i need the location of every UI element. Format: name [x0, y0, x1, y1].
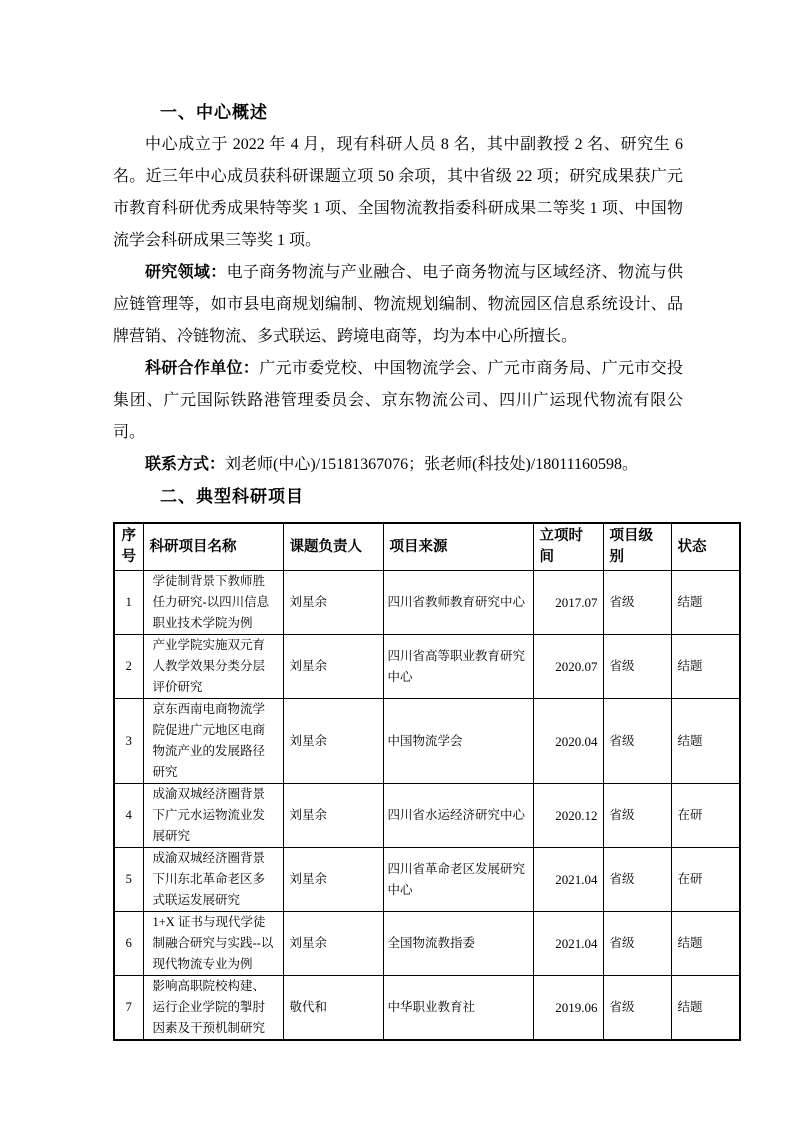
partners-label: 科研合作单位： — [145, 360, 259, 377]
table-row: 1 学徒制背景下教师胜任力研究-以四川信息职业技术学院为例 刘星余 四川省教师教… — [114, 571, 740, 635]
cell-level: 省级 — [603, 635, 671, 699]
header-project-name: 科研项目名称 — [143, 523, 283, 571]
research-fields-paragraph: 研究领域：电子商务物流与产业融合、电子商务物流与区域经济、物流与供应链管理等，如… — [113, 257, 683, 353]
cell-seq: 6 — [114, 912, 143, 976]
section-projects-heading: 二、典型科研项目 — [113, 481, 738, 513]
cell-leader: 刘星余 — [283, 635, 383, 699]
cell-project-name: 1+X 证书与现代学徒制融合研究与实践--以现代物流专业为例 — [143, 912, 283, 976]
cell-status: 在研 — [671, 848, 740, 912]
document-page: 一、中心概述 中心成立于 2022 年 4 月，现有科研人员 8 名，其中副教授… — [0, 0, 793, 1122]
table-header-row: 序号 科研项目名称 课题负责人 项目来源 立项时间 项目级别 状态 — [114, 523, 740, 571]
projects-table: 序号 科研项目名称 课题负责人 项目来源 立项时间 项目级别 状态 1 学徒制背… — [113, 522, 741, 1041]
cell-status: 结题 — [671, 976, 740, 1041]
overview-text-block: 中心成立于 2022 年 4 月，现有科研人员 8 名，其中副教授 2 名、研究… — [113, 129, 683, 481]
partners-paragraph: 科研合作单位：广元市委党校、中国物流学会、广元市商务局、广元市交投集团、广元国际… — [113, 353, 683, 449]
cell-date: 2020.04 — [533, 699, 603, 784]
cell-source: 中国物流学会 — [383, 699, 533, 784]
contact-label: 联系方式： — [145, 456, 225, 473]
cell-source: 全国物流教指委 — [383, 912, 533, 976]
header-level: 项目级别 — [603, 523, 671, 571]
cell-project-name: 学徒制背景下教师胜任力研究-以四川信息职业技术学院为例 — [143, 571, 283, 635]
table-row: 4 成渝双城经济圈背景下广元水运物流业发展研究 刘星余 四川省水运经济研究中心 … — [114, 784, 740, 848]
cell-status: 结题 — [671, 699, 740, 784]
cell-date: 2020.12 — [533, 784, 603, 848]
table-row: 2 产业学院实施双元育人教学效果分类分层评价研究 刘星余 四川省高等职业教育研究… — [114, 635, 740, 699]
header-date: 立项时间 — [533, 523, 603, 571]
cell-seq: 7 — [114, 976, 143, 1041]
overview-paragraph: 中心成立于 2022 年 4 月，现有科研人员 8 名，其中副教授 2 名、研究… — [113, 129, 683, 257]
cell-level: 省级 — [603, 976, 671, 1041]
cell-project-name: 成渝双城经济圈背景下广元水运物流业发展研究 — [143, 784, 283, 848]
table-row: 3 京东西南电商物流学院促进广元地区电商物流产业的发展路径研究 刘星余 中国物流… — [114, 699, 740, 784]
cell-leader: 刘星余 — [283, 571, 383, 635]
cell-source: 四川省教师教育研究中心 — [383, 571, 533, 635]
section-overview-heading: 一、中心概述 — [113, 97, 738, 129]
cell-source: 四川省高等职业教育研究中心 — [383, 635, 533, 699]
cell-date: 2021.04 — [533, 848, 603, 912]
table-row: 5 成渝双城经济圈背景下川东北革命老区多式联运发展研究 刘星余 四川省革命老区发… — [114, 848, 740, 912]
cell-seq: 4 — [114, 784, 143, 848]
cell-level: 省级 — [603, 784, 671, 848]
cell-leader: 刘星余 — [283, 912, 383, 976]
research-fields-label: 研究领域： — [145, 264, 227, 281]
header-seq: 序号 — [114, 523, 143, 571]
cell-status: 结题 — [671, 571, 740, 635]
cell-source: 中华职业教育社 — [383, 976, 533, 1041]
cell-date: 2017.07 — [533, 571, 603, 635]
table-row: 6 1+X 证书与现代学徒制融合研究与实践--以现代物流专业为例 刘星余 全国物… — [114, 912, 740, 976]
cell-leader: 刘星余 — [283, 699, 383, 784]
cell-leader: 敬代和 — [283, 976, 383, 1041]
contact-paragraph: 联系方式：刘老师(中心)/15181367076；张老师(科技处)/180111… — [113, 449, 683, 481]
cell-project-name: 成渝双城经济圈背景下川东北革命老区多式联运发展研究 — [143, 848, 283, 912]
header-status: 状态 — [671, 523, 740, 571]
cell-status: 在研 — [671, 784, 740, 848]
cell-level: 省级 — [603, 699, 671, 784]
header-source: 项目来源 — [383, 523, 533, 571]
cell-date: 2020.07 — [533, 635, 603, 699]
cell-source: 四川省革命老区发展研究中心 — [383, 848, 533, 912]
cell-seq: 2 — [114, 635, 143, 699]
cell-project-name: 京东西南电商物流学院促进广元地区电商物流产业的发展路径研究 — [143, 699, 283, 784]
table-row: 7 影响高职院校构建、运行企业学院的掣肘因素及干预机制研究 敬代和 中华职业教育… — [114, 976, 740, 1041]
cell-status: 结题 — [671, 912, 740, 976]
cell-project-name: 产业学院实施双元育人教学效果分类分层评价研究 — [143, 635, 283, 699]
cell-project-name: 影响高职院校构建、运行企业学院的掣肘因素及干预机制研究 — [143, 976, 283, 1041]
header-leader: 课题负责人 — [283, 523, 383, 571]
cell-status: 结题 — [671, 635, 740, 699]
contact-text: 刘老师(中心)/15181367076；张老师(科技处)/18011160598… — [225, 456, 638, 473]
cell-level: 省级 — [603, 912, 671, 976]
cell-leader: 刘星余 — [283, 848, 383, 912]
cell-seq: 1 — [114, 571, 143, 635]
cell-level: 省级 — [603, 848, 671, 912]
cell-date: 2021.04 — [533, 912, 603, 976]
cell-seq: 5 — [114, 848, 143, 912]
cell-seq: 3 — [114, 699, 143, 784]
cell-leader: 刘星余 — [283, 784, 383, 848]
cell-source: 四川省水运经济研究中心 — [383, 784, 533, 848]
cell-level: 省级 — [603, 571, 671, 635]
cell-date: 2019.06 — [533, 976, 603, 1041]
